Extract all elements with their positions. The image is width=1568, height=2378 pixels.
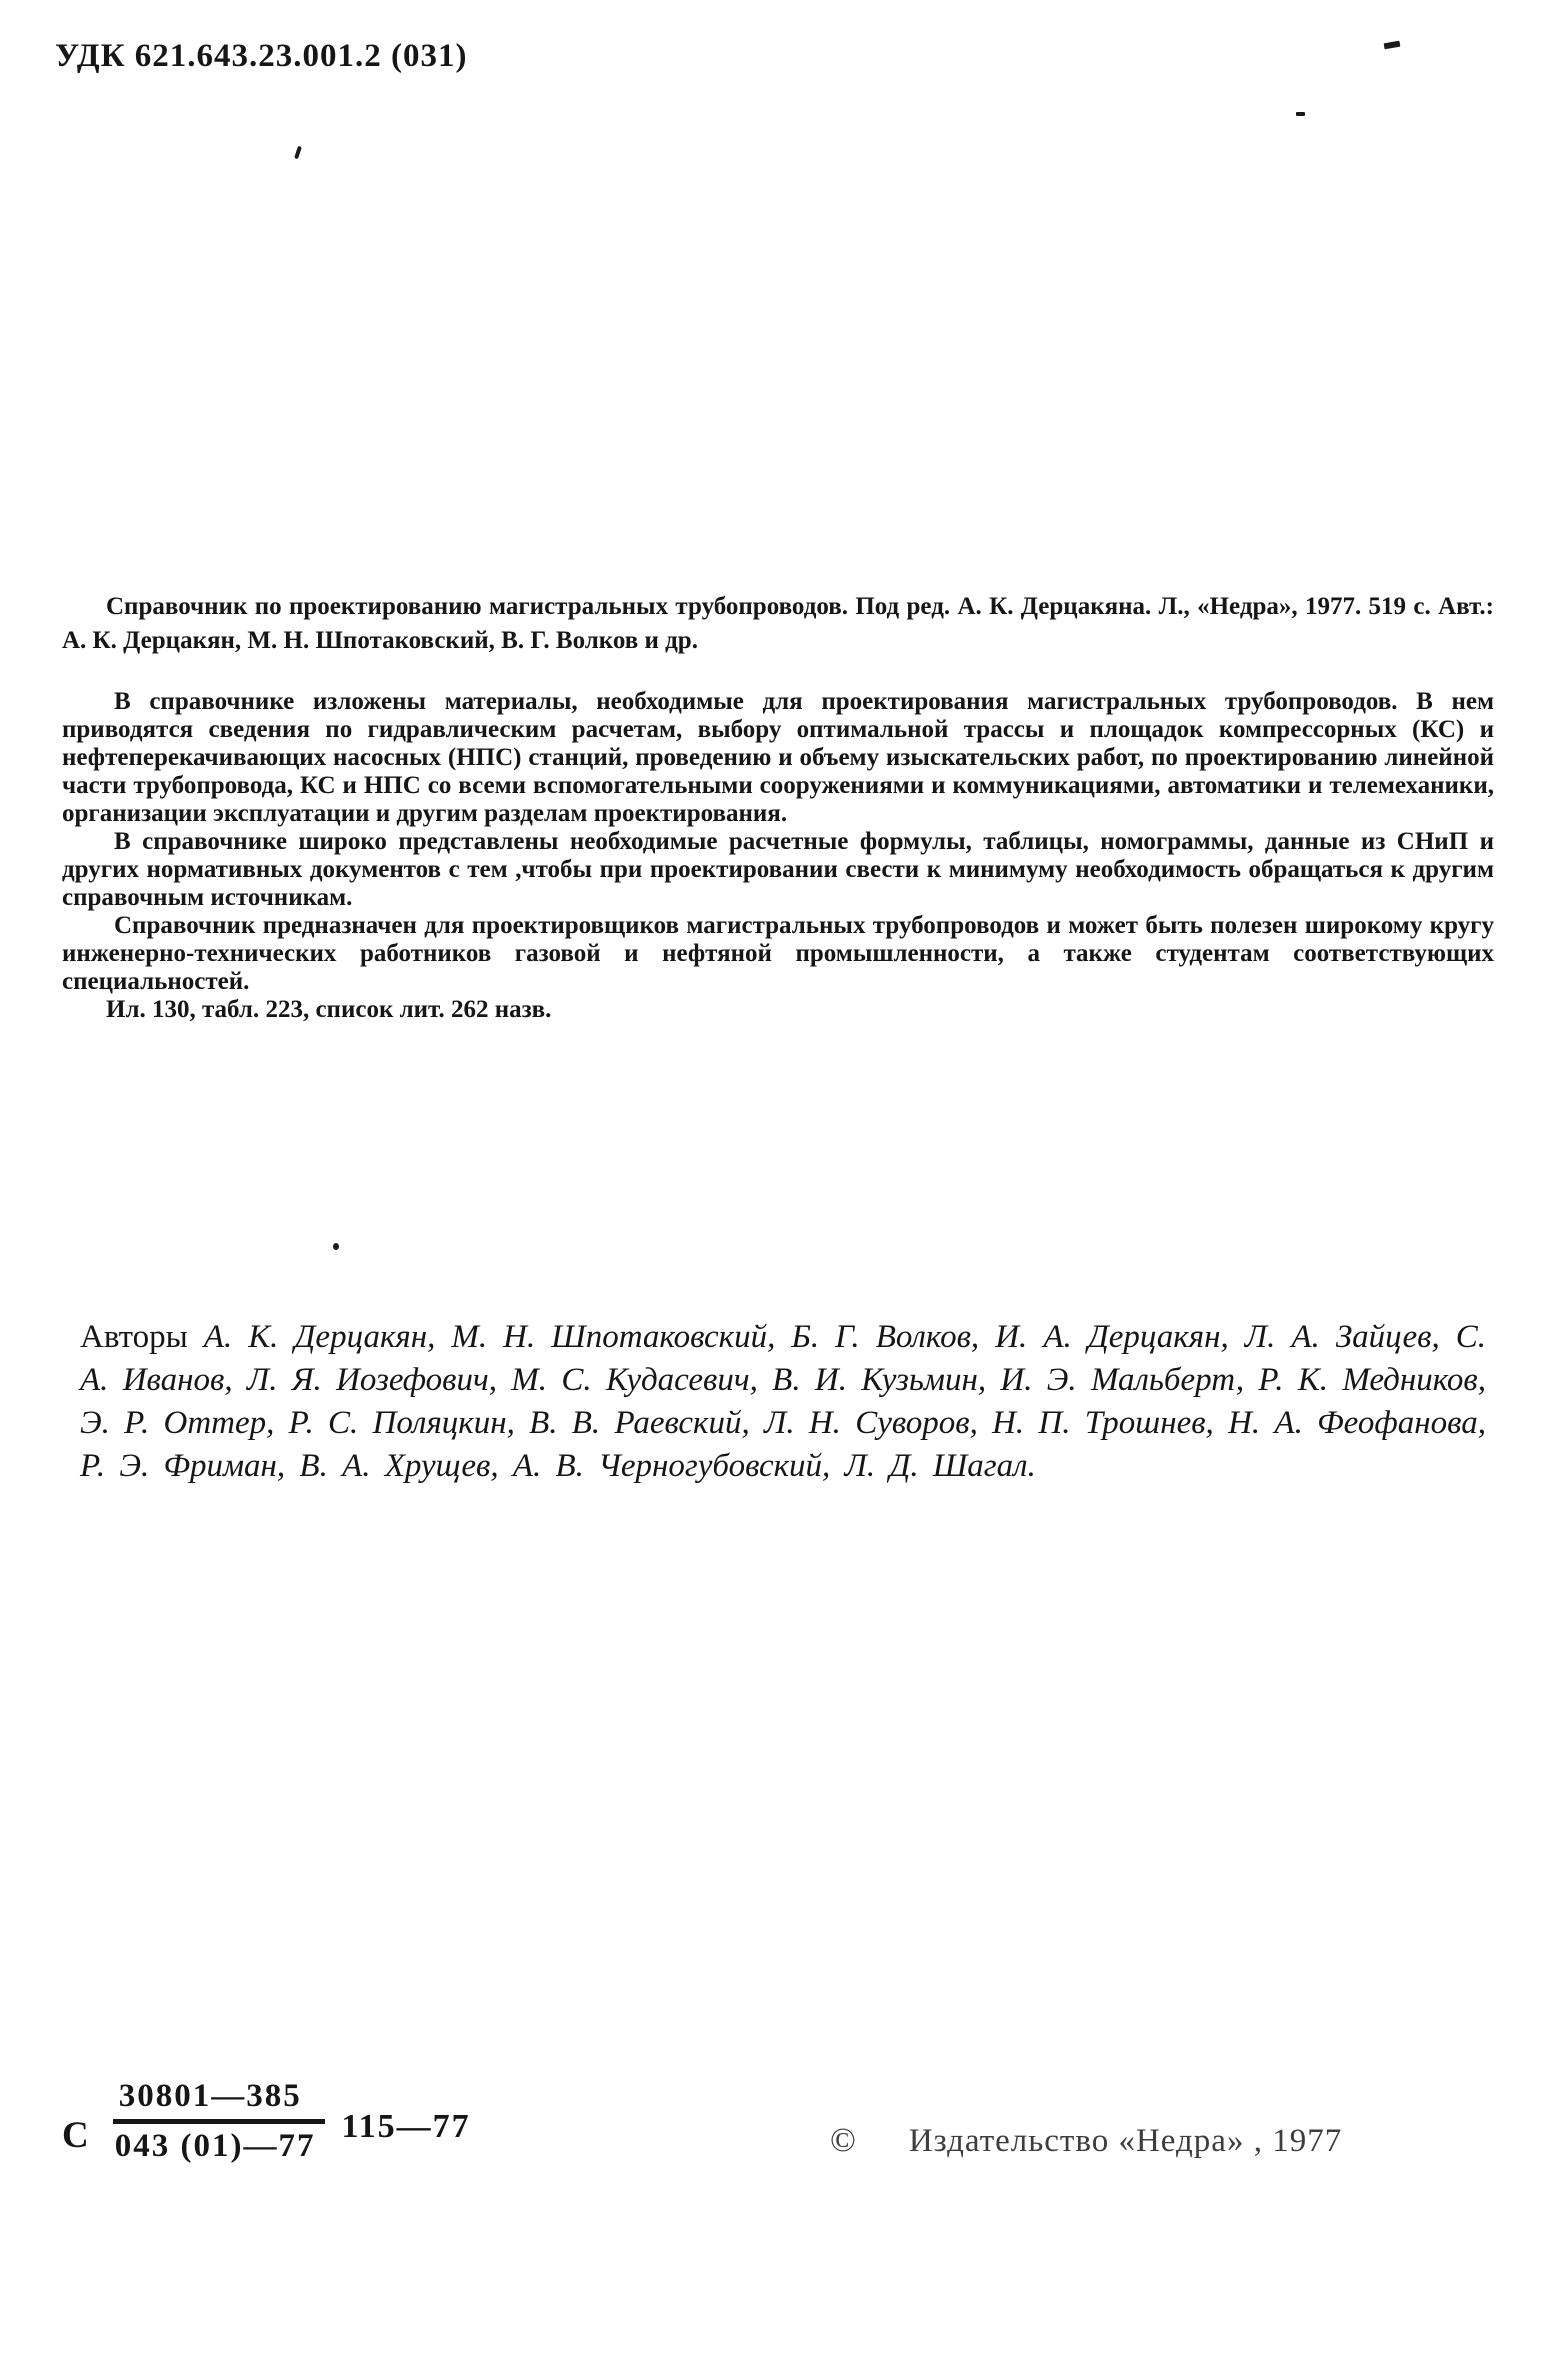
catalog-fraction-numerator: 30801—385 bbox=[113, 2078, 326, 2119]
copyright-publisher-text: Издательство «Недра» , 1977 bbox=[909, 2123, 1342, 2160]
scan-artifact-dot bbox=[333, 1243, 339, 1250]
annotation-block: Справочник по проектированию магистральн… bbox=[62, 590, 1494, 1024]
authors-list: Авторы А. К. Дерцакян, М. Н. Шпотаковски… bbox=[80, 1316, 1486, 1488]
abstract-paragraph-1: В справочнике изложены материалы, необхо… bbox=[62, 688, 1494, 828]
catalog-code: 115—77 bbox=[341, 2108, 470, 2146]
catalog-fraction-denominator: 043 (01)—77 bbox=[113, 2119, 326, 2165]
catalog-fraction: 30801—385 043 (01)—77 bbox=[113, 2078, 326, 2165]
udc-classification-number: УДК 621.643.23.001.2 (031) bbox=[55, 38, 468, 75]
scan-artifact-dash bbox=[1296, 112, 1305, 116]
abstract-paragraph-2: В справочнике широко представлены необхо… bbox=[62, 828, 1494, 912]
catalog-letter: С bbox=[62, 2114, 89, 2157]
copyright-line: © Издательство «Недра» , 1977 bbox=[830, 2122, 1342, 2160]
authors-label: Авторы bbox=[80, 1319, 188, 1355]
book-imprint-page: УДК 621.643.23.001.2 (031) Справочник по… bbox=[0, 0, 1568, 2378]
scan-artifact-dash bbox=[1384, 41, 1401, 50]
catalog-index: С 30801—385 043 (01)—77 115—77 bbox=[62, 2078, 471, 2165]
illustrations-tables-count: Ил. 130, табл. 223, список лит. 262 назв… bbox=[62, 996, 1494, 1024]
authors-names: А. К. Дерцакян, М. Н. Шпотаковский, Б. Г… bbox=[80, 1319, 1486, 1484]
abstract-paragraph-3: Справочник предназначен для проектировщи… bbox=[62, 912, 1494, 996]
copyright-symbol-icon: © bbox=[830, 2122, 857, 2160]
scan-artifact-tick bbox=[294, 146, 302, 160]
bibliographic-description: Справочник по проектированию магистральн… bbox=[62, 590, 1494, 658]
